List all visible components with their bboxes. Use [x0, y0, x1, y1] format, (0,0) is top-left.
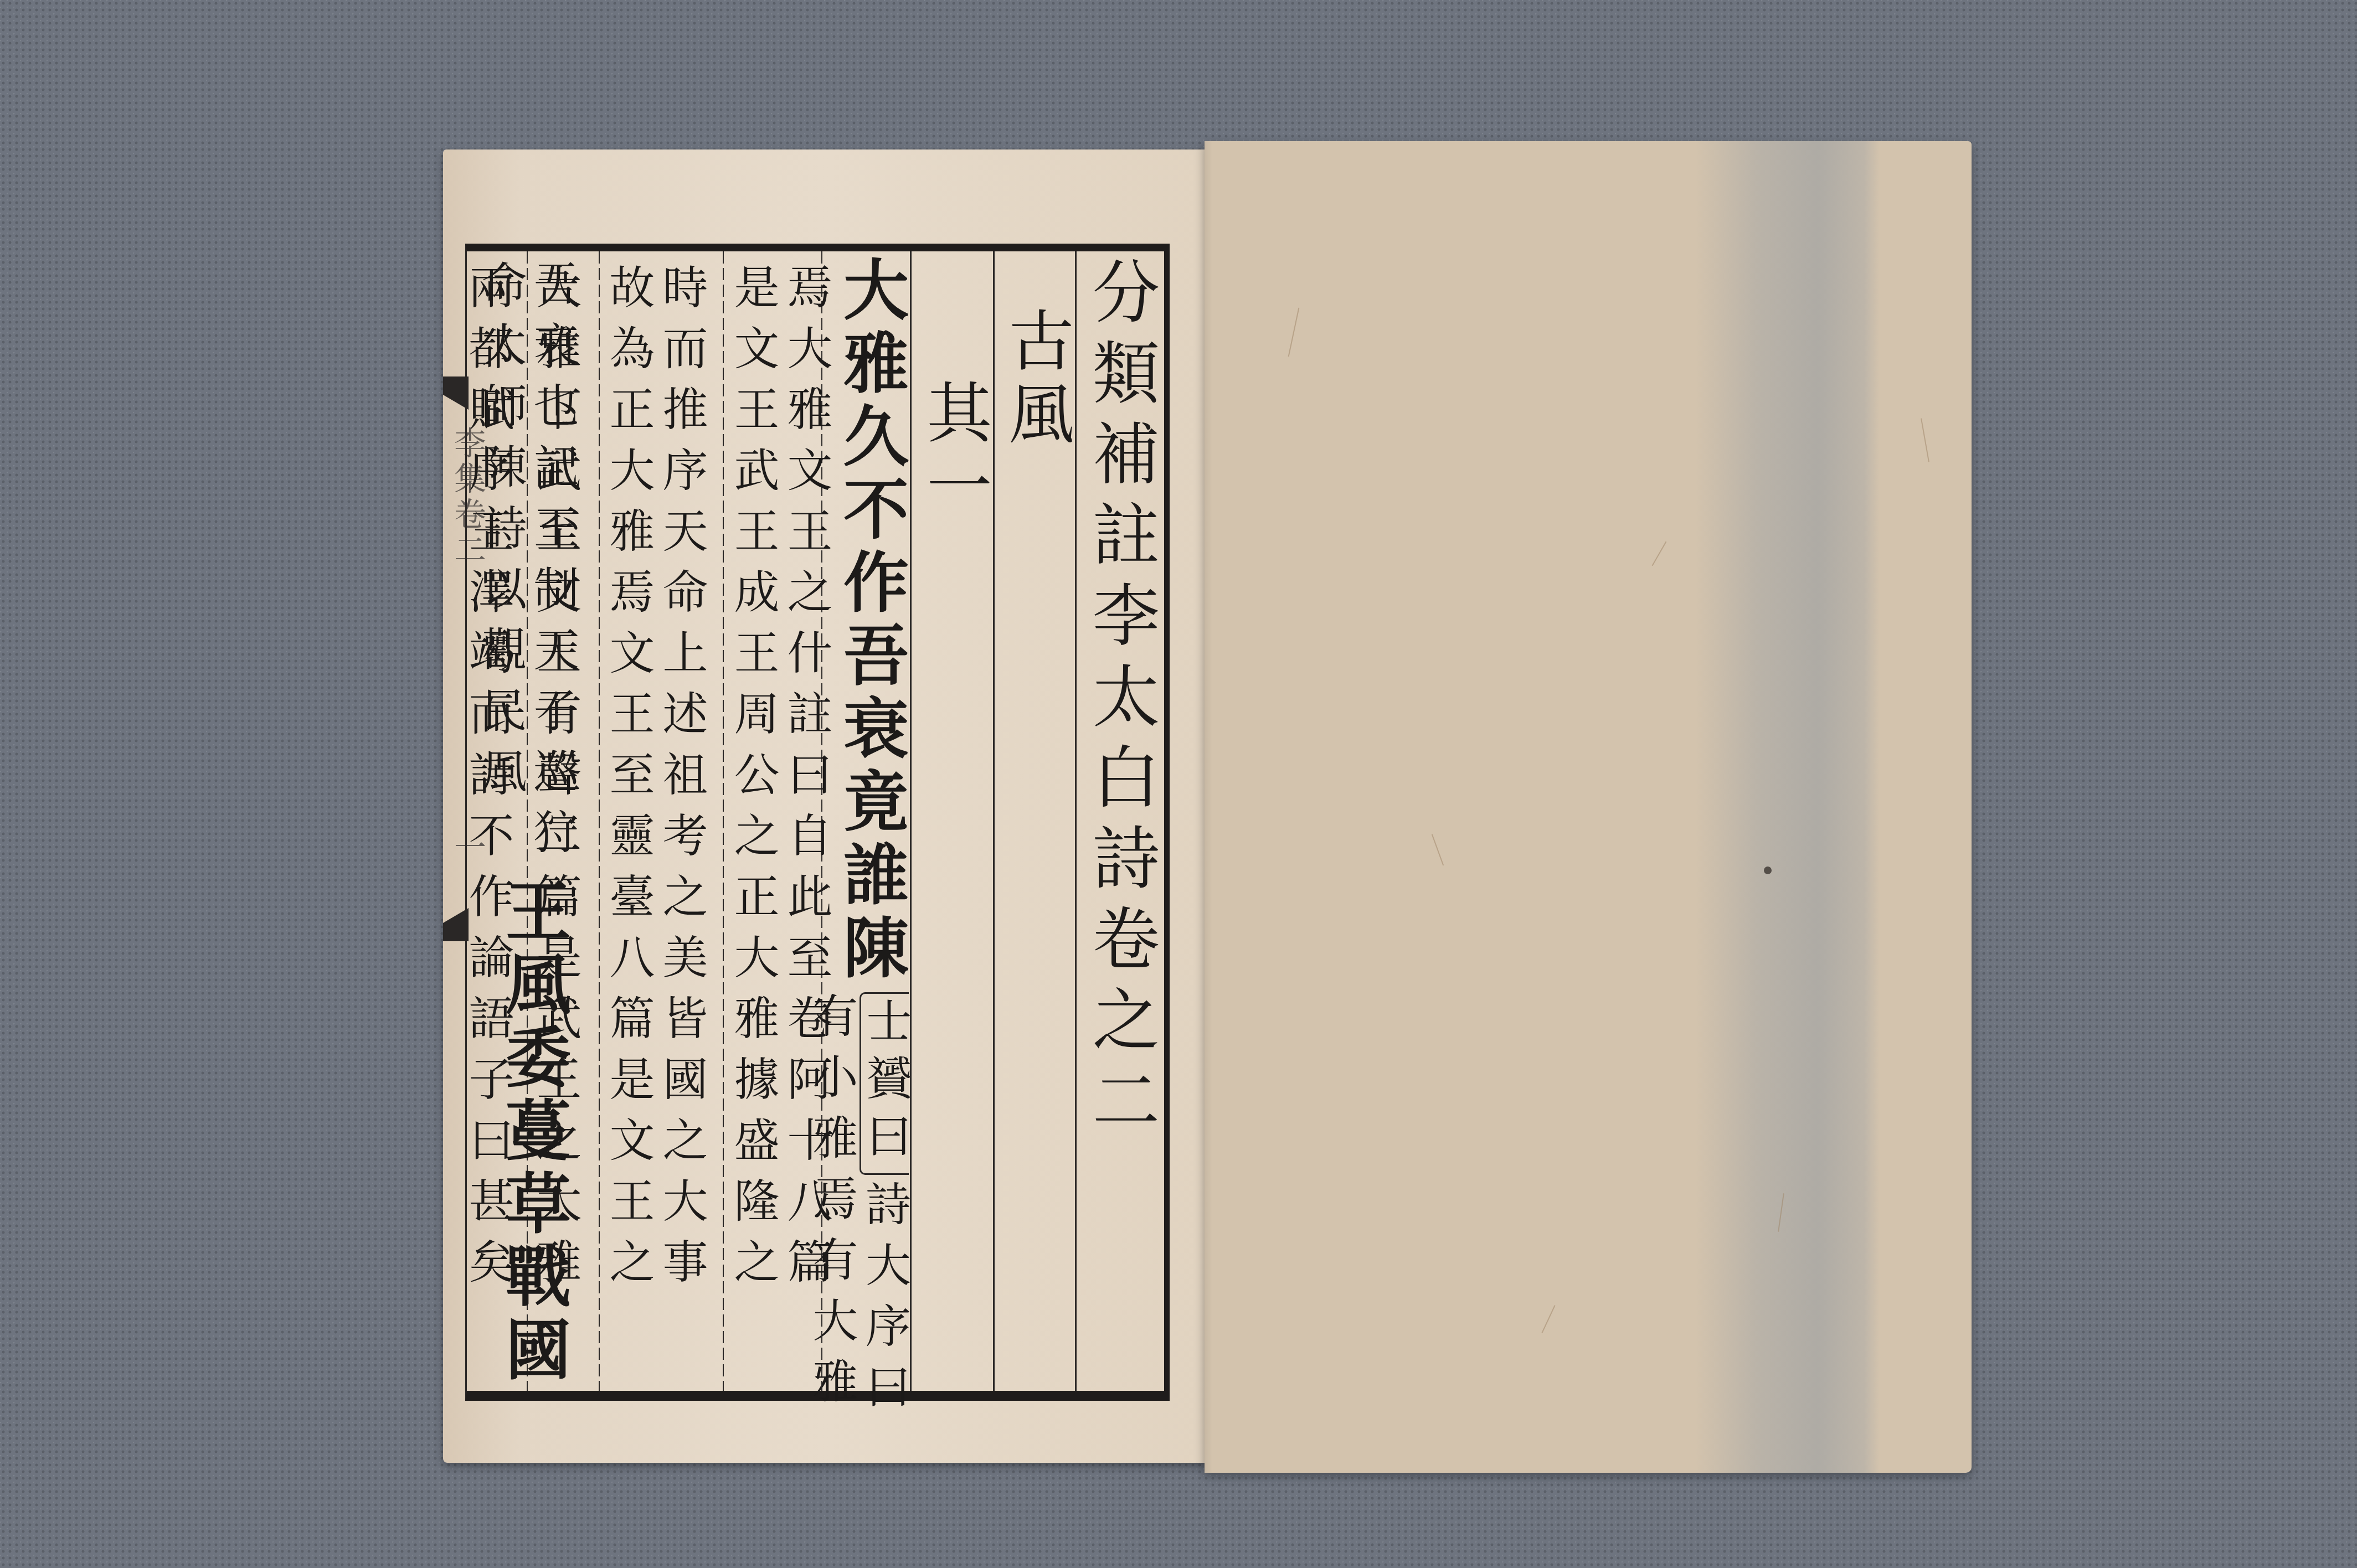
- paper-fiber: [1432, 834, 1444, 865]
- section-heading: 古風: [1003, 307, 1069, 453]
- left-page: 李集卷二 一 分類補註李太白詩卷之二 古風 其一 大雅久不作吾衰竟誰陳 士贇曰 …: [443, 149, 1210, 1463]
- right-page-flyleaf: [1205, 141, 1972, 1473]
- paper-fiber: [1541, 1305, 1555, 1333]
- title-column: 分類補註李太白詩卷之二: [1082, 251, 1159, 1391]
- commentary-text: 焉大雅文王之什註曰自此至卷阿十八篇: [783, 264, 828, 1299]
- section-heading-column: 古風: [999, 251, 1073, 1391]
- final-column-group: 吾衰也記王制天子巡狩 王風委蔓草戰國 命太師陳詩以觀民風: [477, 260, 575, 1389]
- paper-fiber: [1921, 418, 1929, 462]
- poem-column: 大雅久不作吾衰竟誰陳 士贇曰 詩大序曰 有小雅焉有大雅: [826, 251, 909, 1391]
- commentary-text: 是文王武王成王周公之正大雅據盛隆之: [730, 264, 775, 1299]
- commentary-text: 故為正大雅焉文王至靈臺八篇是文王之: [605, 264, 651, 1299]
- annotator-tag: 士贇曰: [860, 992, 909, 1175]
- column-rule: [599, 251, 600, 1391]
- ink-spot: [1764, 866, 1772, 874]
- paper-fiber: [1778, 1193, 1784, 1232]
- poem-number: 其一: [922, 379, 987, 525]
- poem-number-column: 其一: [917, 251, 991, 1391]
- commentary-pair: 焉大雅文王之什註曰自此至卷阿十八篇 是文王武王成王周公之正大雅據盛隆之: [730, 264, 828, 1299]
- book-title: 分類補註李太白詩卷之二: [1087, 257, 1154, 1146]
- column-rule: [993, 251, 995, 1391]
- commentary-text: 詩大序曰: [862, 1180, 907, 1424]
- paper-fiber: [1652, 541, 1667, 566]
- poem-line-2: 王風委蔓草戰國: [500, 877, 565, 1389]
- poem-line-1: 大雅久不作吾衰竟誰陳: [838, 256, 903, 987]
- column-rule: [1075, 251, 1077, 1391]
- paper-fiber: [1288, 308, 1300, 357]
- commentary-text: 吾衰也記王制天子巡狩: [529, 260, 575, 869]
- column-rule: [723, 251, 724, 1391]
- commentary-text: 時而推序天命上述祖考之美皆國之大事: [658, 264, 704, 1299]
- commentary-pair: 時而推序天命上述祖考之美皆國之大事 故為正大雅焉文王至靈臺八篇是文王之: [605, 264, 704, 1299]
